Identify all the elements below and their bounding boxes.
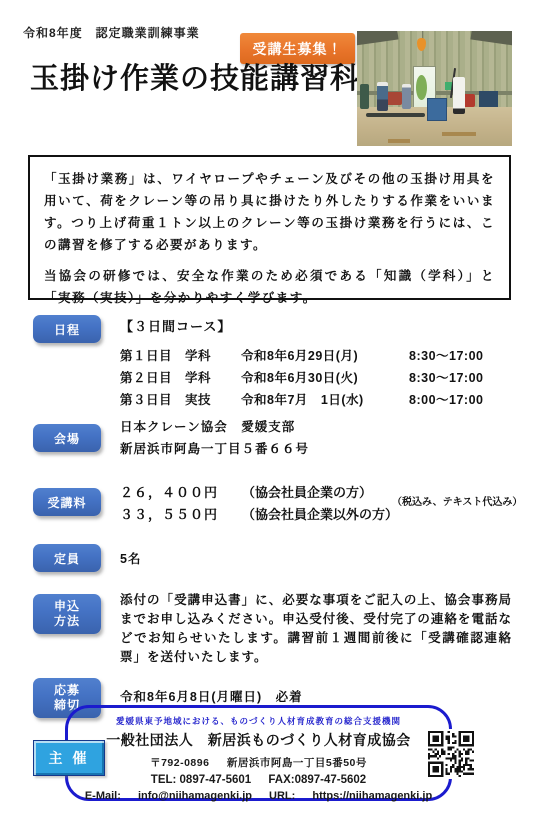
photo-panel-right — [479, 91, 498, 107]
organizer-contact-line: E-Mail: info@niihamagenki.jp URL: https:… — [78, 790, 439, 802]
capacity-value: 5名 — [120, 548, 141, 570]
organizer-name: 一般社団法人 新居浜ものづくり人材育成協会 — [106, 730, 411, 750]
organizer-email-label: E-Mail: — [85, 790, 121, 802]
photo-worker-1 — [360, 84, 369, 109]
fee-price: ２６，４００円 — [120, 482, 242, 501]
schedule-type: 実技 — [185, 390, 241, 408]
intro-box: 「玉掛け業務」は、ワイヤロープやチェーン及びその他の玉掛け用具を用いて、荷をクレ… — [28, 155, 511, 300]
schedule-rows: 第１日目 学科 令和8年6月29日(月) 8:30～17:00 第２日目 学科 … — [120, 344, 484, 410]
photo-worker-4 — [453, 77, 465, 114]
label-venue: 会場 — [33, 424, 101, 452]
fee-content: ２６，４００円 （協会社員企業の方） ３３，５５０円 （協会社員企業以外の方） … — [120, 480, 520, 524]
organizer-tagline: 愛媛県東予地域における、ものづくり人材育成教育の総合支援機関 — [116, 715, 401, 727]
schedule-day: 第１日目 — [120, 346, 185, 364]
schedule-row: 第２日目 学科 令和8年6月30日(火) 8:30～17:00 — [120, 366, 484, 388]
photo-blue-box — [427, 98, 447, 121]
label-fee: 受講料 — [33, 488, 101, 516]
course-heading: 【３日間コース】 — [120, 316, 484, 335]
qr-code — [426, 729, 476, 779]
course-photo — [357, 31, 512, 146]
schedule-date: 令和8年7月 1日(水) — [241, 390, 409, 408]
organizer-url-label: URL: — [269, 790, 295, 802]
organizer-fax: FAX:0897-47-5602 — [268, 774, 366, 786]
organizer-street: 新居浜市阿島一丁目5番50号 — [227, 757, 367, 769]
course-title: 玉掛け作業の技能講習科 — [30, 56, 360, 97]
organizer-box: 愛媛県東予地域における、ものづくり人材育成教育の総合支援機関 一般社団法人 新居… — [65, 705, 452, 801]
schedule-day: 第２日目 — [120, 368, 185, 386]
photo-tree — [416, 75, 427, 100]
flyer-page: 令和8年度 認定職業訓練事業 受講生募集！ 玉掛け作業の技能講習科 「玉掛け業務… — [0, 0, 538, 836]
label-schedule: 日程 — [33, 315, 101, 343]
organizer-tel: TEL: 0897-47-5601 — [151, 774, 251, 786]
photo-plank — [442, 132, 476, 135]
venue-name: 日本クレーン協会 愛媛支部 — [120, 416, 309, 438]
label-application-line1: 申込 — [33, 599, 101, 614]
fee-target: （協会社員企業の方） — [242, 482, 372, 501]
organizer-url: https://niihamagenki.jp — [312, 790, 432, 802]
label-deadline-line1: 応募 — [33, 683, 101, 698]
organizer-tel-fax: TEL: 0897-47-5601 FAX:0897-47-5602 — [144, 774, 373, 786]
schedule-row: 第１日目 学科 令和8年6月29日(月) 8:30～17:00 — [120, 344, 484, 366]
host-badge: 主 催 — [33, 740, 105, 776]
venue-content: 日本クレーン協会 愛媛支部 新居浜市阿島一丁目５番６６号 — [120, 416, 309, 460]
intro-paragraph-2: 当協会の研修では、安全な作業のため必須である「知識（学科）」と「実務（実技）」を… — [44, 265, 495, 309]
venue-address: 新居浜市阿島一丁目５番６６号 — [120, 438, 309, 460]
label-schedule-text: 日程 — [33, 321, 101, 338]
schedule-time: 8:30～17:00 — [409, 346, 484, 364]
application-text: 添付の「受講申込書」に、必要な事項をご記入の上、協会事務局までお申し込みください… — [120, 591, 512, 667]
schedule-date: 令和8年6月29日(月) — [241, 346, 409, 364]
organizer-address: 〒792-0896 新居浜市阿島一丁目5番50号 — [143, 755, 374, 770]
photo-plank-2 — [388, 139, 410, 142]
label-capacity: 定員 — [33, 544, 101, 572]
schedule-date: 令和8年6月30日(火) — [241, 368, 409, 386]
organizer-postal: 〒792-0896 — [150, 757, 209, 769]
label-venue-text: 会場 — [33, 430, 101, 447]
schedule-content: 【３日間コース】 第１日目 学科 令和8年6月29日(月) 8:30～17:00… — [120, 316, 484, 410]
fee-note: （税込み、テキスト代込み） — [392, 493, 522, 508]
organizer-email: info@niihamagenki.jp — [138, 790, 252, 802]
program-note: 令和8年度 認定職業訓練事業 — [23, 24, 200, 41]
schedule-type: 学科 — [185, 368, 241, 386]
photo-worker-2 — [377, 82, 388, 112]
label-application-line2: 方法 — [33, 614, 101, 629]
schedule-row: 第３日目 実技 令和8年7月 1日(水) 8:00～17:00 — [120, 388, 484, 410]
label-application: 申込 方法 — [33, 594, 101, 634]
schedule-type: 学科 — [185, 346, 241, 364]
photo-pipe-load — [366, 113, 425, 117]
schedule-time: 8:00～17:00 — [409, 390, 484, 408]
fee-target: （協会社員企業以外の方） — [242, 504, 398, 523]
fee-price: ３３，５５０円 — [120, 504, 242, 523]
photo-worker-3 — [402, 84, 411, 109]
schedule-time: 8:30～17:00 — [409, 368, 484, 386]
label-capacity-text: 定員 — [33, 550, 101, 567]
schedule-day: 第３日目 — [120, 390, 185, 408]
label-fee-text: 受講料 — [33, 494, 101, 511]
intro-paragraph-1: 「玉掛け業務」は、ワイヤロープやチェーン及びその他の玉掛け用具を用いて、荷をクレ… — [44, 168, 495, 256]
